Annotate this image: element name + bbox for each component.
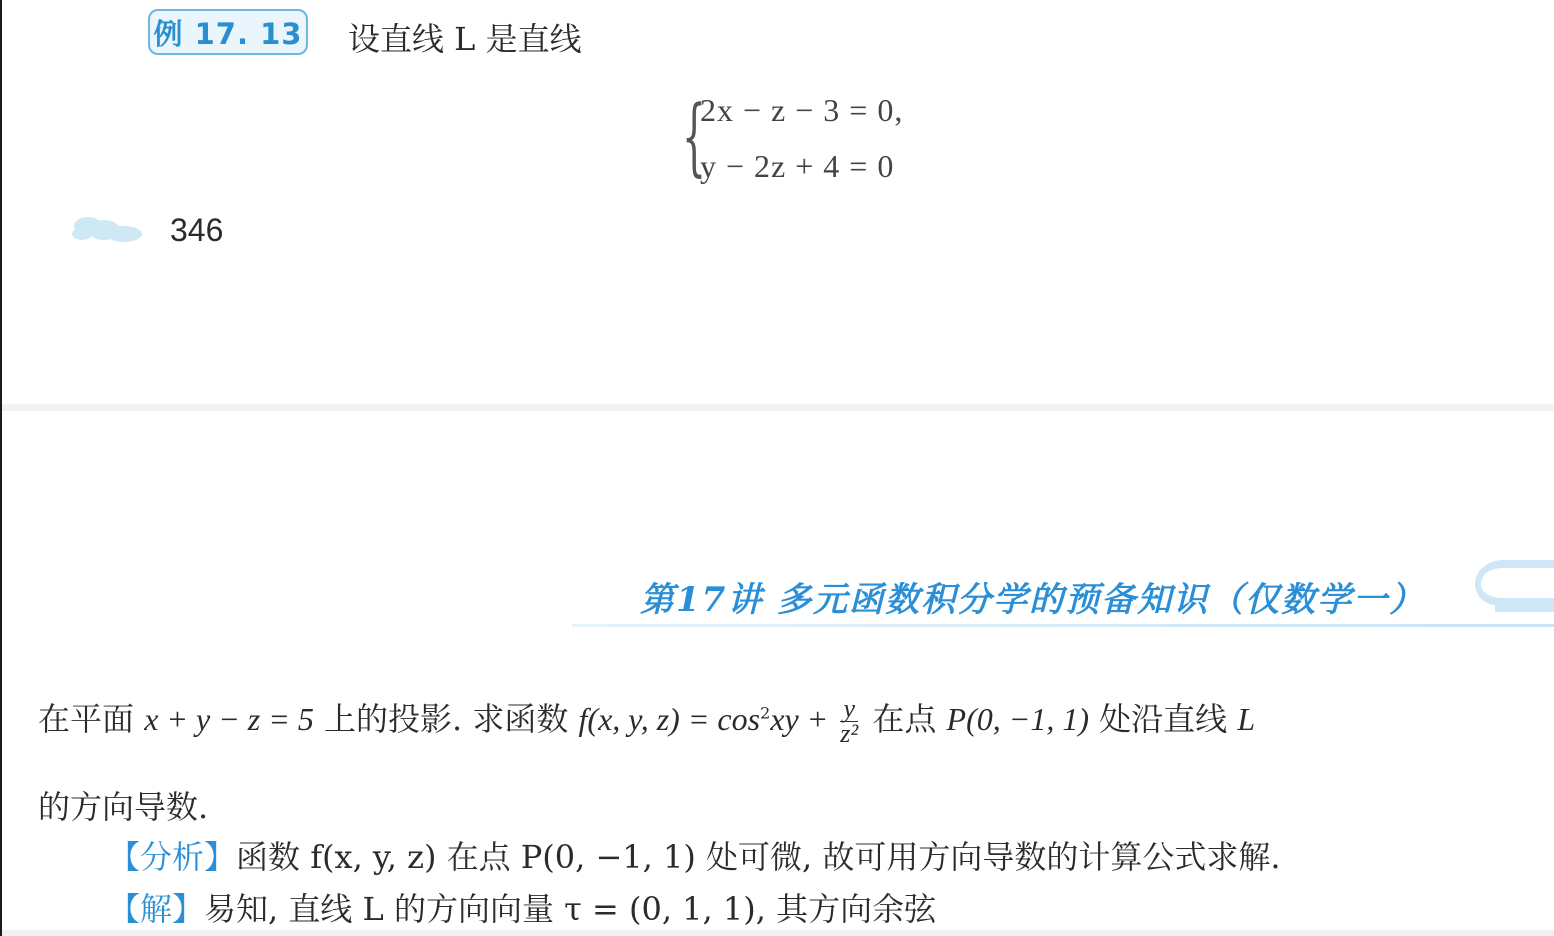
exponent: 2: [760, 703, 770, 722]
solution-paragraph: 【解】易知, 直线 L 的方向向量 τ = (0, 1, 1), 其方向余弦: [108, 884, 936, 930]
analysis-paragraph: 【分析】函数 f(x, y, z) 在点 P(0, −1, 1) 处可微, 故可…: [108, 832, 1281, 878]
example-intro-text: 设直线 L 是直线: [348, 14, 582, 60]
chapter-header: 第17讲 多元函数积分学的预备知识（仅数学一）: [640, 572, 1425, 621]
solution-label: 【解】: [108, 890, 204, 928]
line-l: L: [1237, 701, 1255, 737]
analysis-text: 函数 f(x, y, z) 在点 P(0, −1, 1) 处可微, 故可用方向导…: [236, 838, 1281, 876]
solution-text: 易知, 直线 L 的方向向量 τ = (0, 1, 1), 其方向余弦: [204, 890, 936, 928]
text-segment: 上的投影. 求函数: [314, 700, 579, 738]
page-number: 346: [170, 212, 223, 249]
equation-2: y − 2z + 4 = 0: [700, 148, 894, 185]
chapter-s-decoration-icon: [1475, 560, 1554, 622]
cloud-decoration-icon: [68, 212, 148, 246]
plane-equation: x + y − z = 5: [144, 701, 314, 737]
problem-text-line-1: 在平面 x + y − z = 5 上的投影. 求函数 f(x, y, z) =…: [38, 694, 1255, 746]
function-expression-cont: xy +: [770, 701, 836, 737]
fraction: yz²: [840, 697, 858, 746]
function-expression: f(x, y, z) = cos: [579, 701, 761, 737]
example-number-badge: 例 17. 13: [148, 9, 308, 55]
text-segment: 在点: [862, 700, 946, 738]
analysis-label: 【分析】: [108, 838, 236, 876]
chapter-underline: [572, 624, 1554, 627]
text-segment: 处沿直线: [1089, 700, 1237, 738]
point-p: P(0, −1, 1): [947, 701, 1089, 737]
page-346-bottom-section: 例 17. 13 设直线 L 是直线 { 2x − z − 3 = 0, y −…: [2, 0, 1554, 404]
text-segment: 在平面: [38, 700, 144, 738]
problem-text-line-2: 的方向导数.: [38, 782, 208, 828]
equation-1: 2x − z − 3 = 0,: [700, 92, 903, 129]
bottom-page-edge: [2, 930, 1554, 936]
fraction-denominator: z²: [840, 722, 858, 746]
page-separator: [2, 404, 1554, 411]
